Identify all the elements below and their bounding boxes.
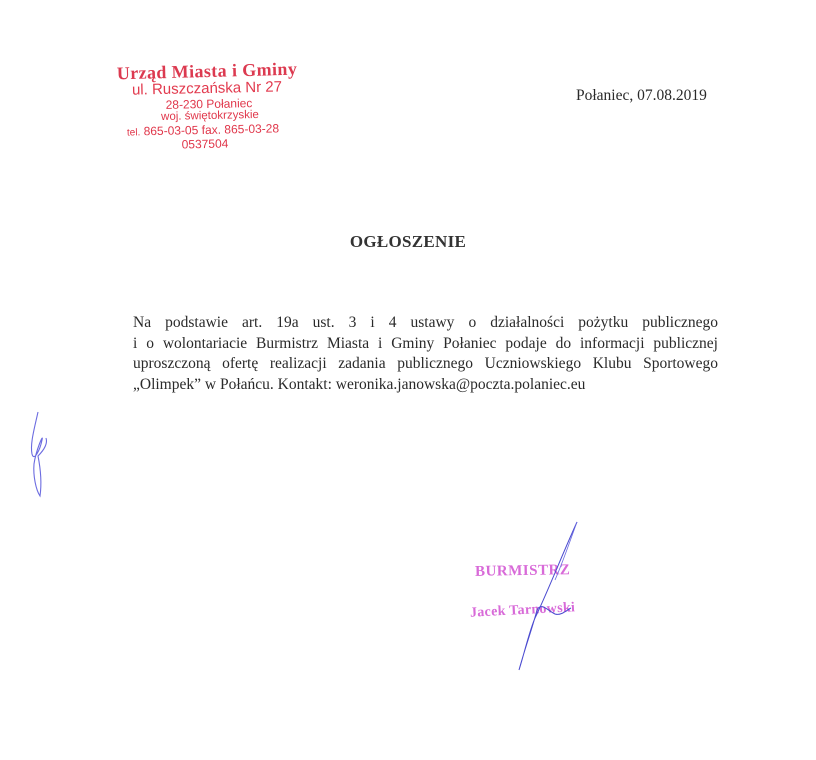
document-title: OGŁOSZENIE — [0, 232, 816, 252]
document-title-text: OGŁOSZENIE — [350, 232, 466, 252]
margin-initials-scribble-icon — [24, 410, 50, 500]
announcement-body: Na podstawie art. 19a ust. 3 i 4 ustawy … — [133, 313, 718, 395]
stamp-phone-prefix: tel. — [127, 127, 141, 138]
body-line: Na podstawie art. 19a ust. 3 i 4 ustawy … — [133, 313, 718, 334]
stamp-street: ul. Ruszczańska Nr 27 — [104, 79, 310, 98]
stamp-fax-prefix: fax. — [202, 122, 222, 136]
issuer-stamp: Urząd Miasta i Gminy ul. Ruszczańska Nr … — [100, 62, 310, 150]
place-and-date: Połaniec, 07.08.2019 — [576, 87, 707, 105]
stamp-phone: 865-03-05 — [143, 123, 198, 138]
handwritten-signature-icon — [505, 518, 595, 678]
stamp-fax: 865-03-28 — [224, 121, 279, 136]
body-line: „Olimpek” w Połańcu. Kontakt: weronika.j… — [133, 375, 718, 396]
body-line: i o wolontariacie Burmistrz Miasta i Gmi… — [133, 334, 718, 355]
body-line: uproszczoną ofertę realizacji zadania pu… — [133, 354, 718, 375]
